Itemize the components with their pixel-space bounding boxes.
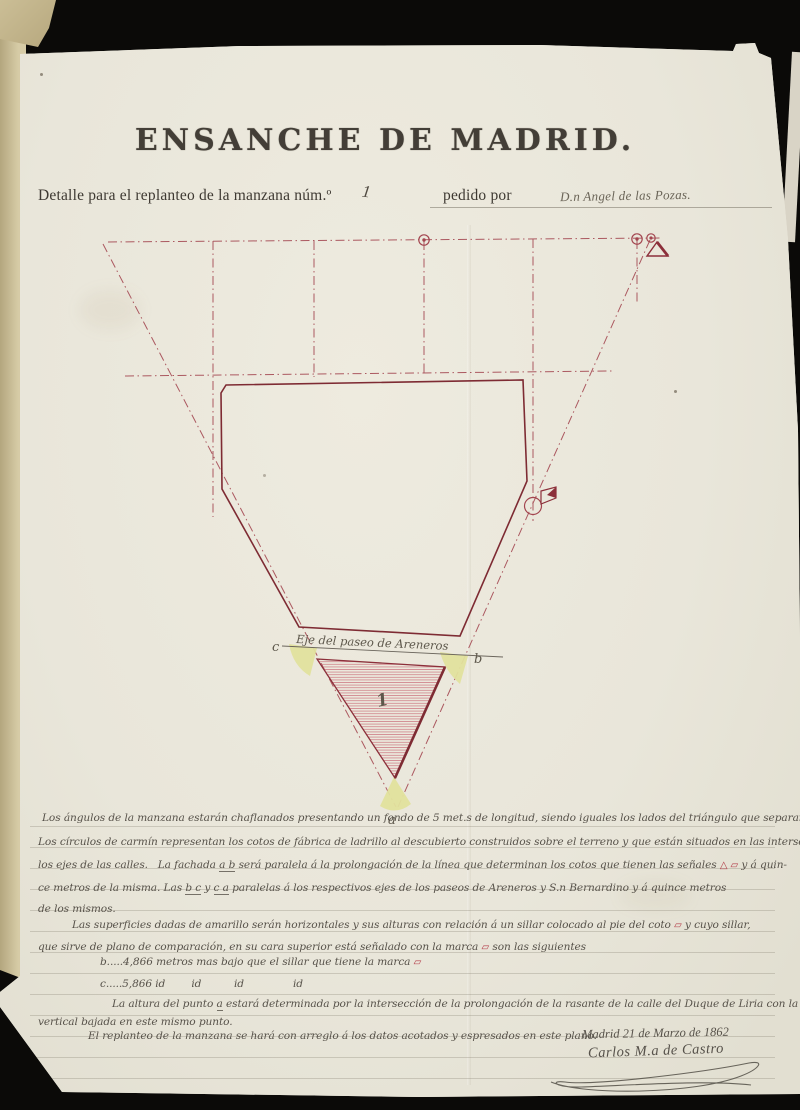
manuscript-text: paralelas á los respectivos ejes de los … <box>229 882 727 894</box>
manuscript-text: de los mismos. <box>38 903 116 915</box>
manuscript-line-9: c.....5,866 id id id id <box>100 978 303 990</box>
chaflan-triangle-hatched <box>317 659 445 778</box>
boundary-dashdot-left <box>103 244 396 807</box>
date-line: Madrid 21 de Marzo de 1862 <box>582 1025 729 1043</box>
manuscript-text: Los círculos de carmín representan los c… <box>38 836 800 848</box>
manuscript-line-8: b.....4,866 metros mas bajo que el silla… <box>100 956 421 968</box>
corner-fan-yellow-left <box>289 644 317 676</box>
block-outline <box>221 380 527 636</box>
survey-marker-dot <box>423 239 425 241</box>
manuscript-line-5: de los mismos. <box>38 903 116 915</box>
manuscript-text: El replanteo de la manzana se hará con a… <box>88 1030 597 1042</box>
manuscript-text: son las siguientes <box>489 941 586 953</box>
flag-marker-icon <box>541 487 556 504</box>
manuscript-text: b c <box>185 882 201 895</box>
manuscript-line-11: vertical bajada en este mismo punto. <box>38 1016 233 1028</box>
manuscript-text: los ejes de las calles. La fachada <box>38 859 219 871</box>
manuscript-line-12: El replanteo de la manzana se hará con a… <box>88 1030 597 1042</box>
manuscript-text: vertical bajada en este mismo punto. <box>38 1016 233 1028</box>
manuscript-text: La altura del punto <box>112 998 217 1010</box>
manuscript-line-6: Las superficies dadas de amarillo serán … <box>72 919 751 931</box>
survey-marker-dot <box>650 237 652 239</box>
manuscript-text: Las superficies dadas de amarillo serán … <box>72 919 674 931</box>
point-b-label: b <box>474 652 482 667</box>
document-sheet: ENSANCHE DE MADRID. Detalle para el repl… <box>0 0 800 1110</box>
manuscript-text: y á quin- <box>738 859 787 871</box>
manuscript-line-10: La altura del punto a estará determinada… <box>112 998 798 1010</box>
manuscript-line-2: Los círculos de carmín representan los c… <box>38 836 800 848</box>
manuscript-line-3: los ejes de las calles. La fachada a b s… <box>38 859 787 871</box>
manuscript-line-4: ce metros de la misma. Las b c y c a par… <box>38 882 726 894</box>
street-axis-dashdot-top <box>108 238 661 242</box>
manuscript-text: y <box>201 882 213 894</box>
manuscript-text: que sirve de plano de comparación, en su… <box>38 941 482 953</box>
survey-mark-symbol: △ ▱ <box>720 860 738 871</box>
triangle-marker-thick-edge <box>657 242 668 256</box>
point-c-label: c <box>272 640 280 655</box>
manuscript-text: y cuyo sillar, <box>682 919 751 931</box>
survey-marker-dot <box>636 238 638 240</box>
survey-mark-symbol: ▱ <box>414 957 422 968</box>
manuscript-text: a b <box>219 859 235 872</box>
manuscript-text: b.....4,866 metros mas bajo que el silla… <box>100 956 414 968</box>
street-axis-dashdot-mid <box>125 371 612 376</box>
survey-mark-symbol: ▱ <box>674 920 682 931</box>
survey-mark-symbol: ▱ <box>482 942 490 953</box>
manuscript-line-1: Los ángulos de la manzana estarán chafla… <box>42 812 800 824</box>
manuscript-text: c a <box>214 882 229 895</box>
manuscript-text: c.....5,866 id id id id <box>100 978 303 990</box>
manuscript-text: estará determinada por la intersección d… <box>223 998 798 1010</box>
manuscript-text: será paralela á la prolongación de la lí… <box>235 859 720 871</box>
signature-flourish <box>545 1054 775 1099</box>
manuscript-text: Los ángulos de la manzana estarán chafla… <box>42 812 800 824</box>
paseo-axis-label: Eje del paseo de Areneros <box>295 632 449 653</box>
manuscript-text: ce metros de la misma. Las <box>38 882 185 894</box>
manuscript-line-7: que sirve de plano de comparación, en su… <box>38 941 586 953</box>
boundary-dashdot-right <box>398 240 650 807</box>
corner-fan-yellow-bottom <box>380 777 411 811</box>
